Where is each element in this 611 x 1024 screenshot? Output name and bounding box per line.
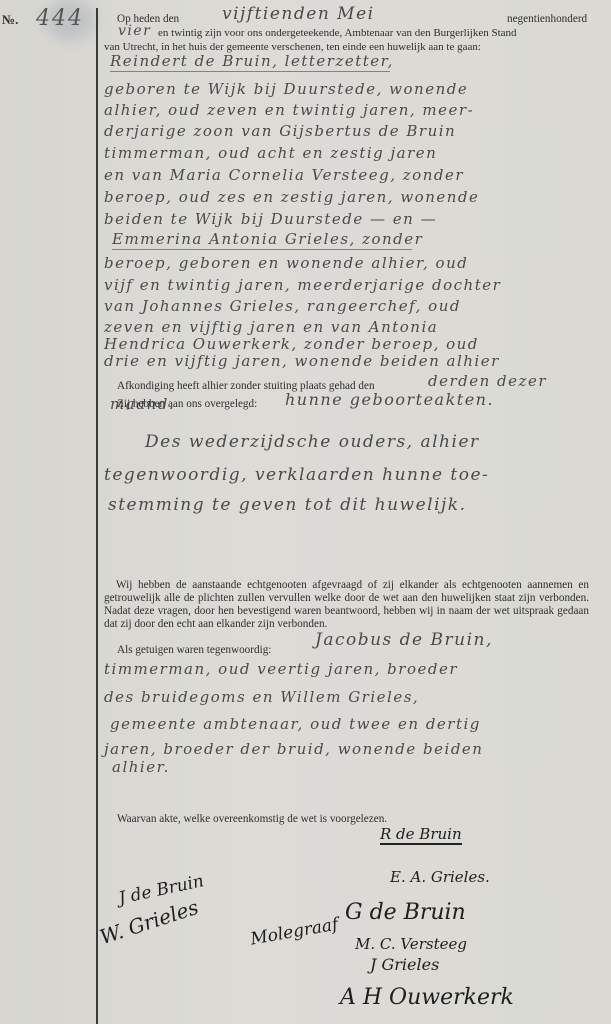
groom-line: timmerman, oud acht en zestig jaren (104, 144, 437, 162)
intro-printed-3: en twintig zijn voor ons ondergeteekende… (158, 27, 517, 40)
bride-line: zeven en vijftig jaren en van Antonia (104, 318, 438, 336)
bride-line: drie en vijftig jaren, wonende beiden al… (104, 352, 500, 370)
signature-groom: R de Bruin (380, 825, 462, 845)
record-number-label: №. (2, 12, 18, 28)
intro-handwritten-year: vier (118, 23, 151, 39)
witness-line: gemeente ambtenaar, oud twee en dertig (110, 715, 481, 733)
closing-printed: Waarvan akte, welke overeenkomstig de we… (117, 813, 387, 826)
signature-bride-mother: A H Ouwerkerk (340, 985, 514, 1010)
documents-handwritten: hunne geboorteakten. (285, 390, 494, 409)
witness-line: jaren, broeder der bruid, wonende beiden (104, 740, 483, 758)
signature-groom-mother: M. C. Versteeg (355, 935, 467, 953)
margin-rule (96, 8, 98, 1024)
groom-line: derjarige zoon van Gijsbertus de Bruin (104, 122, 456, 140)
consent-line: stemming te geven tot dit huwelijk. (108, 495, 467, 515)
declaration-paragraph: Wij hebben de aanstaande echtgenooten af… (104, 579, 589, 631)
intro-handwritten-day: vijftienden Mei (222, 4, 375, 24)
witness-line: alhier. (112, 758, 170, 776)
intro-printed-2: negentienhonderd (507, 13, 587, 26)
bride-line: vijf en twintig jaren, meerderjarige doc… (104, 276, 501, 294)
witness-line: Jacobus de Bruin, (315, 630, 493, 650)
marriage-record-page: №. 444 Op heden den vijftienden Mei nege… (0, 0, 611, 1024)
witness-line: timmerman, oud veertig jaren, broeder (104, 660, 458, 678)
groom-line: en van Maria Cornelia Versteeg, zonder (104, 166, 464, 184)
record-number: 444 (36, 6, 84, 31)
proclamation-date: derden dezer (428, 372, 547, 390)
signature-groom-parent: G de Bruin (345, 900, 466, 925)
bride-line: van Johannes Grieles, rangeerchef, oud (104, 297, 461, 315)
documents-printed: Zij hebben aan ons overgelegd: (117, 398, 257, 411)
consent-line: Des wederzijdsche ouders, alhier (145, 432, 480, 452)
bride-line: beroep, geboren en wonende alhier, oud (104, 254, 468, 272)
signature-bride: E. A. Grieles. (390, 868, 490, 886)
groom-name-line: Reindert de Bruin, letterzetter, (110, 52, 390, 72)
groom-line: geboren te Wijk bij Duurstede, wonende (104, 80, 468, 98)
witness-line: des bruidegoms en Willem Grieles, (104, 688, 419, 706)
groom-line: beroep, oud zes en zestig jaren, wonende (104, 188, 479, 206)
bride-line: Hendrica Ouwerkerk, zonder beroep, oud (104, 335, 479, 353)
consent-line: tegenwoordig, verklaarden hunne toe- (104, 465, 489, 485)
groom-line: beiden te Wijk bij Duurstede — en — (104, 210, 437, 228)
groom-line: alhier, oud zeven en twintig jaren, meer… (104, 101, 474, 119)
signature-bride-father: J Grieles (370, 955, 439, 974)
signature-registrar: Molegraaf (249, 914, 340, 949)
witnesses-printed: Als getuigen waren tegenwoordig: (117, 644, 271, 657)
signature-witness-2: W. Grieles (97, 895, 201, 949)
bride-name-line: Emmerina Antonia Grieles, zonder (112, 230, 412, 250)
